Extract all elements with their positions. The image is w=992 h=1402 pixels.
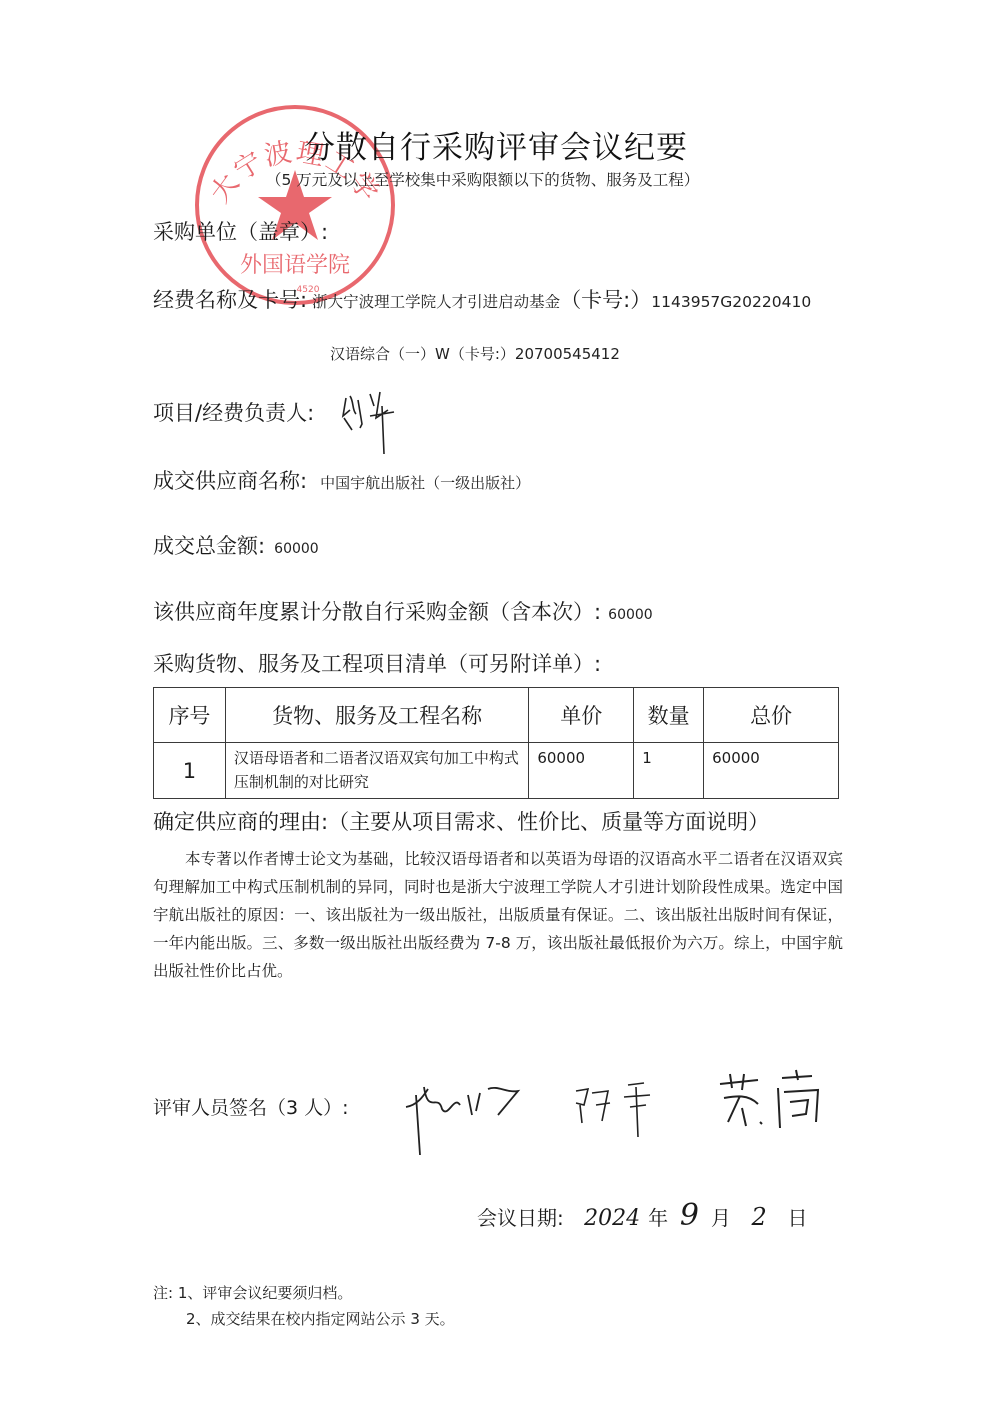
handwritten-day: 2 — [737, 1203, 781, 1231]
card-label-2: （卡号:） — [450, 345, 515, 363]
table-header-row: 序号 货物、服务及工程名称 单价 数量 总价 — [154, 688, 839, 743]
day-suffix: 日 — [788, 1206, 808, 1230]
items-list-label: 采购货物、服务及工程项目清单（可另附详单）: — [153, 648, 601, 678]
total-amount-label: 成交总金额: — [153, 534, 265, 558]
project-lead-signature — [340, 388, 400, 458]
vendor-value: 中国宇航出版社（一级出版社） — [320, 474, 530, 492]
reviewers-label: 评审人员签名（3 人）: — [153, 1093, 349, 1120]
annual-cumulative-label: 该供应商年度累计分散自行采购金额（含本次）: — [153, 600, 601, 624]
header-index: 序号 — [154, 688, 226, 743]
fund-row: 经费名称及卡号: 浙大宁波理工学院人才引进启动基金（卡号:）1143957G20… — [153, 284, 811, 314]
month-suffix: 月 — [711, 1206, 731, 1230]
card-number-2: 20700545412 — [515, 345, 620, 363]
notes: 注: 1、评审会议纪要须归档。 2、成交结果在校内指定网站公示 3 天。 — [153, 1280, 455, 1332]
document-title: 分散自行采购评审会议纪要 — [304, 122, 688, 167]
card-number-1: 1143957G20220410 — [651, 293, 811, 311]
handwritten-year: 2024 — [584, 1206, 648, 1231]
year-suffix: 年 — [648, 1206, 668, 1230]
vendor-row: 成交供应商名称: 中国宇航出版社（一级出版社） — [153, 465, 530, 495]
fund-name-2: 汉语综合（一）W — [330, 345, 450, 363]
reason-label: 确定供应商的理由:（主要从项目需求、性价比、质量等方面说明） — [153, 806, 769, 836]
reason-body: 本专著以作者博士论文为基础，比较汉语母语者和以英语为母语的汉语高水平二语者在汉语… — [153, 845, 843, 985]
note-item-1: 注: 1、评审会议纪要须归档。 — [153, 1280, 455, 1306]
cell-quantity: 1 — [634, 743, 704, 799]
note-text-1: 1、评审会议纪要须归档。 — [178, 1284, 353, 1302]
document-subtitle: （5 万元及以上至学校集中采购限额以下的货物、服务及工程） — [266, 168, 699, 190]
cell-unit-price: 60000 — [529, 743, 634, 799]
fund-row-2: 汉语综合（一）W（卡号:）20700545412 — [330, 343, 620, 364]
items-table: 序号 货物、服务及工程名称 单价 数量 总价 1 汉语母语者和二语者汉语双宾句加… — [153, 687, 839, 799]
header-name: 货物、服务及工程名称 — [225, 688, 528, 743]
header-total: 总价 — [704, 688, 839, 743]
card-label-1: （卡号:） — [560, 288, 651, 312]
purchasing-unit-label: 采购单位（盖章）: — [153, 216, 328, 246]
note-text-2: 2、成交结果在校内指定网站公示 3 天。 — [186, 1310, 455, 1328]
reviewer-signature-2 — [570, 1075, 670, 1155]
annual-cumulative-value: 60000 — [608, 607, 653, 623]
stamp-bottom-text: 外国语学院 — [240, 253, 350, 278]
meeting-date-row: 会议日期: 2024年 9 月 2 日 — [477, 1198, 808, 1233]
project-lead-label: 项目/经费负责人: — [153, 397, 314, 427]
note-item-2: 2、成交结果在校内指定网站公示 3 天。 — [153, 1306, 455, 1332]
cell-total: 60000 — [704, 743, 839, 799]
cell-name: 汉语母语者和二语者汉语双宾句加工中构式压制机制的对比研究 — [225, 743, 528, 799]
vendor-label: 成交供应商名称: — [153, 469, 307, 493]
notes-prefix: 注: — [153, 1284, 173, 1302]
header-unit-price: 单价 — [529, 688, 634, 743]
reviewer-signature-3 — [712, 1068, 842, 1158]
fund-name-1: 浙大宁波理工学院人才引进启动基金 — [312, 293, 560, 311]
reviewer-signature-1 — [398, 1075, 528, 1165]
total-amount-row: 成交总金额: 60000 — [153, 530, 319, 560]
fund-label: 经费名称及卡号: — [153, 288, 307, 312]
handwritten-month: 9 — [674, 1198, 704, 1233]
total-amount-value: 60000 — [274, 541, 319, 557]
header-quantity: 数量 — [634, 688, 704, 743]
annual-cumulative-row: 该供应商年度累计分散自行采购金额（含本次）: 60000 — [153, 596, 653, 626]
meeting-date-label: 会议日期: — [477, 1206, 564, 1230]
table-row: 1 汉语母语者和二语者汉语双宾句加工中构式压制机制的对比研究 60000 1 6… — [154, 743, 839, 799]
cell-index: 1 — [154, 743, 226, 799]
